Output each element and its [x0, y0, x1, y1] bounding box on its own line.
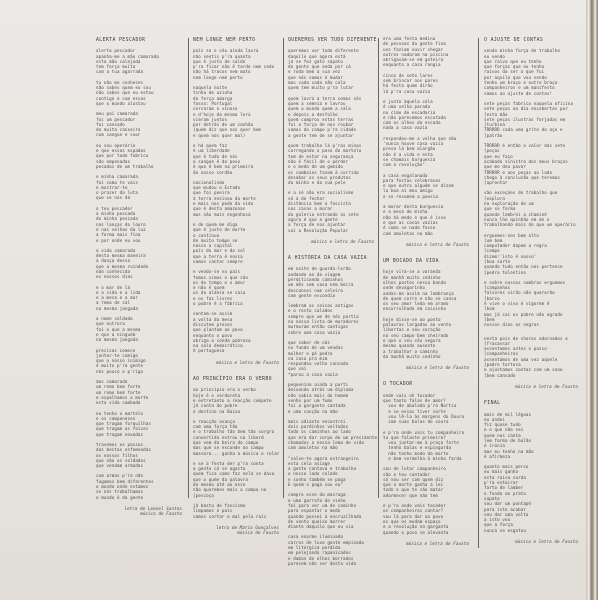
- lyrics-stanza: hoje vira-se a varanda de manhã muito ce…: [383, 269, 475, 311]
- lyrics-stanza: o teu pescador a minha pescada de minha …: [96, 206, 188, 243]
- song-credit: música e letra de Fausto: [383, 541, 469, 546]
- lyrics-stanza: alerta pescador apanha-me a mão camarada…: [96, 48, 188, 74]
- lyrics-stanza: precisas comece juntar-te comigo que o n…: [96, 348, 188, 374]
- lyrics-stanza: ao princípio era o verbo hoje é o verdor…: [193, 387, 285, 413]
- song-block: era uma festa medina de pessoas da gente…: [383, 36, 475, 247]
- lyrics-stanza: quem lavra a terra somos nós quem a seme…: [288, 96, 380, 138]
- lyrics-stanza: a vida camarada desta mesma maneira a da…: [96, 248, 188, 280]
- sleeve-edge: [586, 0, 598, 600]
- lyrics-stanza: casa enorme iluminada carros de luxo gen…: [288, 534, 380, 566]
- lyrics-stanza: que saber de nós no fundo de um vendas m…: [288, 340, 380, 377]
- song-title: A HISTÓRIA DA CASA VAZIA: [288, 256, 380, 261]
- lyrics-stanza: meu pai camarada foi um pescador foi can…: [96, 111, 188, 137]
- lyrics-stanza: e há quem faz é um liberdade que é tudo …: [193, 143, 285, 175]
- lyrics-stanza: e se a festa der p'ra conta a gente có s…: [193, 461, 285, 498]
- lyrics-stanza: sou de lutar companheiro são o teu canta…: [383, 466, 475, 498]
- song-title: UM BOCADO DA VIDA: [383, 259, 475, 264]
- lyrics-stanza: queremos ver tudo diferente daquilo que …: [288, 48, 380, 90]
- lyrics-stanza: era uma festa medina de pessoas da gente…: [383, 36, 475, 68]
- lyrics-stanza: eu tenho o martelo e os camponeses que t…: [96, 411, 188, 437]
- lyrics-stanza: em noite de guarda-lerão andando ao da v…: [288, 266, 380, 298]
- lyrics-stanza: e minha camarada foi como te vais e most…: [96, 174, 188, 200]
- column-4: era uma festa medina de pessoas da gente…: [383, 36, 475, 558]
- song-credit: música e letra de Fausto: [484, 384, 578, 389]
- lyrics-stanza: e de quem me diga que é justo de morte o…: [193, 222, 285, 264]
- column-divider: [478, 38, 479, 548]
- song-block: O AJUSTE DE CONTASvendo minha força de t…: [484, 38, 584, 328]
- song-block: A HISTÓRIA DA CASA VAZIAem noite de guar…: [288, 256, 380, 566]
- lyrics-stanza: mais adiante encontrei dois pardinhos vo…: [288, 419, 380, 451]
- lyrics-stanza: e p'ra onde vais tu companheiro tu que f…: [383, 430, 475, 462]
- lyrics-stanza: pequenina ainda a parti deixando atrás u…: [288, 382, 380, 414]
- lyrics-stanza: cinco de sete lares sem brincar nos pare…: [383, 73, 475, 94]
- column-3: QUEREMOS VER TUDO DIFERENTEqueremos ver …: [288, 36, 380, 574]
- lyrics-stanza: lembram as coisas antigas e o rosto cala…: [288, 303, 380, 335]
- song-credit: música e letra de Fausto: [193, 360, 279, 365]
- lyrics-stanza: o nome soldado que outrora foi o que a m…: [96, 316, 188, 342]
- song-credit: letra de Leonel Santos música de Fausto: [96, 506, 182, 517]
- song-block: AO PRINCÍPIO ERA O VERBOao princípio era…: [193, 377, 285, 535]
- lyrics-stanza: travemos os passos das bestas esfomeadas…: [96, 442, 188, 468]
- column-2: NEM LONGE NEM PERTOpois se o céu ainda l…: [193, 36, 285, 547]
- song-title: AO PRINCÍPIO ERA O VERBO: [193, 377, 285, 382]
- song-credit: música e letra de Fausto: [383, 242, 469, 247]
- song-title: O TOCADOR: [383, 382, 475, 387]
- song-block: FINALmais de mil léguas eu andei fiz qua…: [484, 401, 584, 544]
- song-block: ALERTA PESCADORalerta pescador apanha-me…: [96, 38, 188, 517]
- song-title: ALERTA PESCADOR: [96, 38, 188, 43]
- lyrics-stanza: "salve-te agora estrangeiro esta cela as…: [288, 456, 380, 488]
- column-5: O AJUSTE DE CONTASvendo minha força de t…: [484, 36, 584, 556]
- lyrics-stanza: pois se o céu ainda lavra não sentis p'r…: [193, 48, 285, 80]
- column-1: ALERTA PESCADORalerta pescador apanha-me…: [96, 36, 188, 529]
- lyrics-stanza: e a sé não era socialismo só a de fechar…: [288, 190, 380, 232]
- lyrics-stanza: respondeu-me a velha que não 'nunca houv…: [383, 136, 475, 168]
- song-block: QUEREMOS VER TUDO DIFERENTEqueremos ver …: [288, 38, 380, 244]
- lyrics-stanza: e p'ra onde vais tocador os companheiros…: [383, 503, 475, 535]
- lyrics-stanza: naquela noite tinha de azinha da força a…: [193, 85, 285, 138]
- column-divider: [378, 38, 379, 498]
- song-credit: música e letra de Fausto: [383, 365, 469, 370]
- lyrics-stanza: mais de mil léguas eu andei fiz quase tu…: [484, 412, 584, 460]
- lyrics-stanza: onde vais oh tocador que tanto falas de …: [383, 393, 475, 425]
- lyrics-stanza: hoje disse-se ao ponto palavras largadas…: [383, 317, 475, 359]
- lyrics-stanza: com armas p'ra não fugamos bem diferente…: [96, 473, 188, 499]
- lyrics-stanza: e sobre nossos sombras erguemos [campanh…: [484, 280, 584, 328]
- lyrics-stanza: erguemos-nos bem alto [um bom computador…: [484, 233, 584, 275]
- song-title: NEM LONGE NEM PERTO: [193, 38, 285, 43]
- lyrics-stanza: compro esse da mocraga e uma garrafa de …: [288, 492, 380, 529]
- lyrics-stanza: mas camarada um remo bem forte um remo b…: [96, 379, 188, 405]
- lyrics-stanza: vendo minha força de trabalho eu vendo q…: [484, 48, 584, 96]
- song-block: UM BOCADO DA VIDAhoje vira-se a varanda …: [383, 259, 475, 370]
- lyrics-stanza: são exceções de trabalho que [explora na…: [484, 190, 584, 227]
- song-title: FINAL: [484, 401, 584, 406]
- lyrics-stanza: quem trabalha lá p'ras minas carregando …: [288, 143, 380, 185]
- song-block: NEM LONGE NEM PERTOpois se o céu ainda l…: [193, 38, 285, 365]
- song-credit: letra de Mário Gonçalves música de Faust…: [193, 525, 279, 536]
- lyrics-stanza: a morar desta burguesia e a mesa de minh…: [383, 204, 475, 236]
- song-credit: música e letra de Fausto: [484, 539, 578, 544]
- lyrics-stanza: eu sou operário e que essas espadas que …: [96, 143, 188, 169]
- lyrics-stanza: e o mar de lá e a vida e a lida e a mesa…: [96, 285, 188, 311]
- lyrics-stanza: sentam-se assim a volta da mesa discutem…: [193, 311, 285, 353]
- song-block: O TOCADORonde vais oh tocador que tanto …: [383, 382, 475, 546]
- song-title: QUEREMOS VER TUDO DIFERENTE: [288, 38, 380, 43]
- song-credit: música e letra de Fausto: [288, 239, 374, 244]
- lyrics-stanza: a casa engalanada para festas celebravas…: [383, 173, 475, 199]
- lyrics-stanza: nesta pois de choros adornados e [fracas…: [484, 336, 584, 378]
- lyrics-stanza: sete peças fabrico naquela oficina sete …: [484, 101, 584, 138]
- lyrics-sheet: ALERTA PESCADORalerta pescador apanha-me…: [0, 0, 586, 600]
- lyrics-stanza: TRRRRR é então o valor das sete [peças q…: [484, 143, 584, 185]
- column-divider: [188, 38, 189, 498]
- lyrics-stanza: tu não me conheces não sabes quem eu sou…: [96, 80, 188, 106]
- lyrics-stanza: e vendo-se no país fomos vimos o que são…: [193, 269, 285, 306]
- song-title: O AJUSTE DE CONTAS: [484, 38, 584, 43]
- lyrics-stanza: e junto àquela cela é uma velha parada n…: [383, 99, 475, 131]
- lyrics-stanza: e reacção avança com uma força tão e o t…: [193, 419, 285, 456]
- lyrics-stanza: já basta de fascismo limpamos o país vam…: [193, 503, 285, 519]
- column-divider: [283, 38, 284, 498]
- lyrics-stanza: nacionalismo que mudou o Estado que foi …: [193, 180, 285, 217]
- lyrics-stanza: quanto mais perco eu mais ganho esta rai…: [484, 464, 584, 533]
- song-block: nesta pois de choros adornados e [fracas…: [484, 336, 584, 390]
